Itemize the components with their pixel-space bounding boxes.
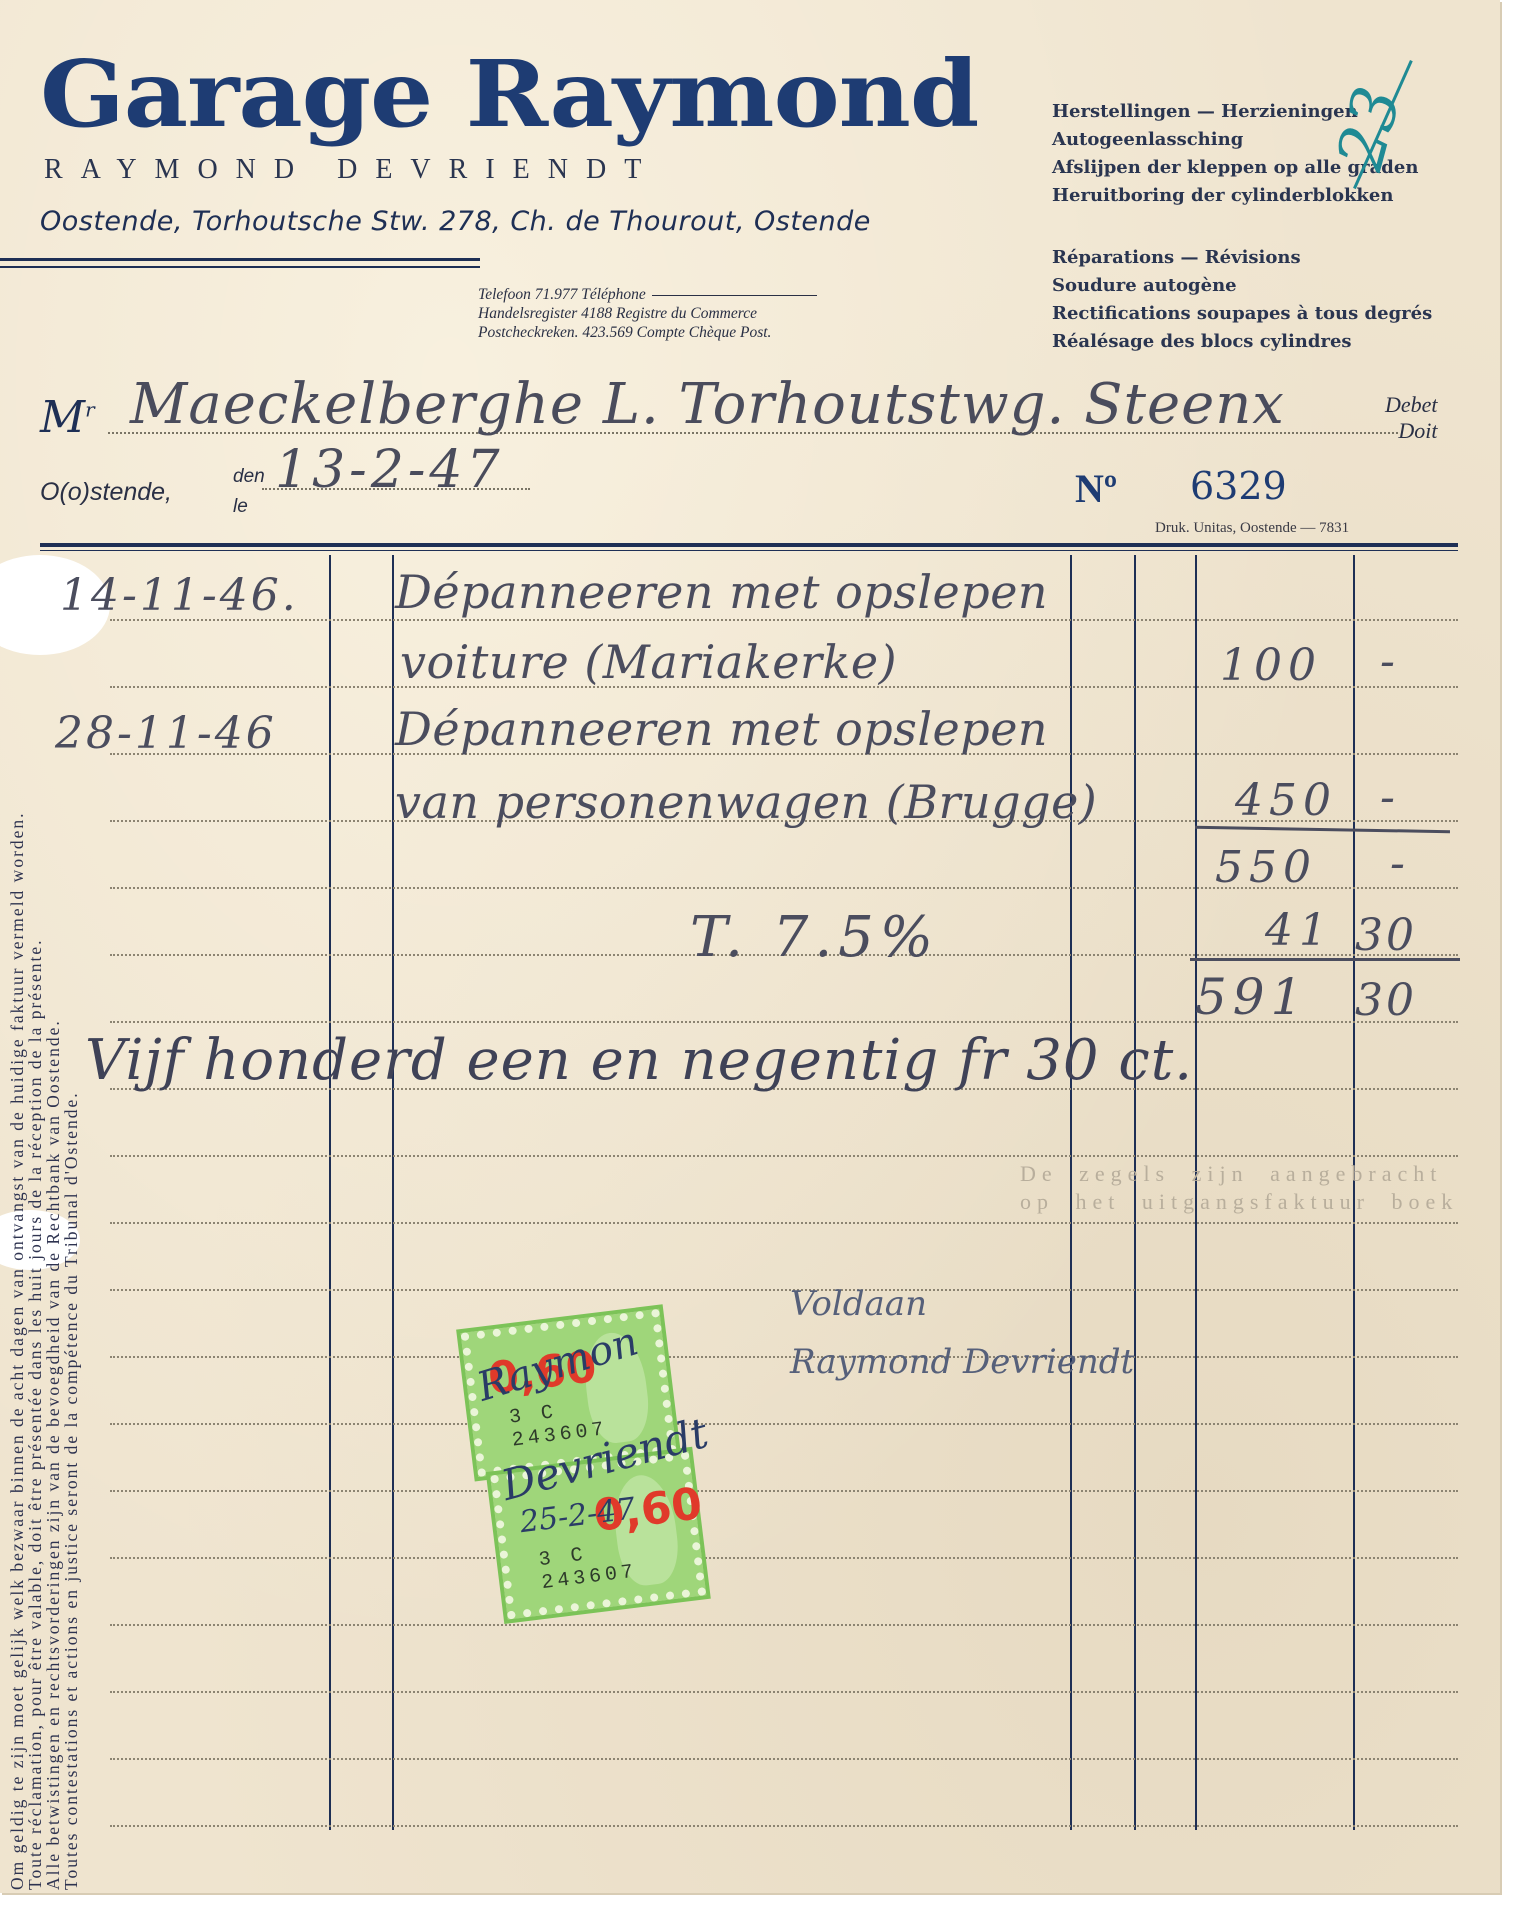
item-1-cents: - [1380,772,1398,823]
tax-amount: 41 [1265,905,1333,956]
debet-doit-label: Debet Doit [1385,392,1438,444]
invoice-number-label: Nº [1075,465,1117,512]
contact-phone: Telefoon 71.977 Téléphone [478,285,817,304]
invoice-paper: Garage Raymond RAYMOND DEVRIENDT Oostend… [0,0,1500,1893]
ruled-line [110,619,1458,621]
legal-line-0: Om geldig te zijn moet gelijk welk bezwa… [8,811,26,1890]
item-1-desc-line-1: Dépanneeren met opslepen [395,702,1048,756]
client-name: Maeckelberghe L. Torhoutstwg. Steenx [130,372,1285,437]
services-gap [1052,210,1432,244]
ruled-line [110,1222,1458,1224]
ruled-line [110,1557,1458,1559]
contact-register: Handelsregister 4188 Registre du Commerc… [478,304,817,323]
service-fr-3: Réalésage des blocs cylindres [1052,328,1432,356]
ruled-line [110,1691,1458,1693]
stamp-notice: De zegels zijn aangebracht op het uitgan… [1020,1160,1458,1216]
legal-line-2: Alle betwistingen en rechtsvorderingen z… [44,811,62,1890]
den-le-label: den le [233,462,265,522]
stamp-serial: 3 C 243607 [538,1531,696,1595]
service-nl-3: Heruitboring der cylinderblokken [1052,182,1432,210]
item-0-cents: - [1380,636,1398,687]
invoice-date: 13-2-47 [275,440,504,500]
signature: Voldaan Raymond Devriendt [790,1275,1134,1391]
tax-label: T. 7.5% [690,905,939,970]
tax-cents: 30 [1355,910,1417,961]
owner-name: RAYMOND DEVRIENDT [44,154,659,186]
invoice-number: 6329 [1190,464,1287,508]
item-0-date: 14-11-46. [60,570,299,621]
header-rule [0,258,480,268]
item-0-desc-line-1: Dépanneeren met opslepen [395,565,1048,619]
item-0-amount: 100 [1220,640,1322,691]
item-0-desc-line-2: voiture (Mariakerke) [400,635,897,689]
revenue-stamps: 0,60 3 C 243607 0,60 3 C 243607 Raymon D… [461,1305,726,1631]
contact-postcheck: Postcheckreken. 423.569 Compte Chèque Po… [478,323,817,342]
legal-line-3: Toutes contestations et actions en justi… [62,811,80,1890]
table-top-rule-thin [40,550,1458,551]
ruled-line [110,1624,1458,1626]
item-1-desc-line-2: van personenwagen (Brugge) [395,775,1097,829]
ruled-line [110,1825,1458,1827]
subtotal-rule [1195,826,1450,833]
ruled-line [110,1490,1458,1492]
printer-mark: Druk. Unitas, Oostende — 7831 [1155,520,1349,537]
ruled-line [110,1423,1458,1425]
total-amount: 591 [1195,968,1308,1026]
ruled-line [110,1356,1458,1358]
ruled-line [110,1155,1458,1157]
total-cents: 30 [1355,975,1417,1026]
column-rule [329,555,331,1830]
ruled-line [110,1289,1458,1291]
client-label: Mr [40,392,95,443]
item-1-amount: 450 [1235,775,1337,826]
ruled-line [110,1758,1458,1760]
column-rule [392,555,394,1830]
city-label: O(o)stende, [40,478,172,507]
signature-paid: Voldaan [790,1275,1134,1333]
phone-fill-line [652,295,817,296]
item-1-date: 28-11-46 [55,708,277,759]
service-fr-0: Réparations — Révisions [1052,244,1432,272]
company-brand: Garage Raymond [40,40,978,148]
legal-terms: Om geldig te zijn moet gelijk welk bezwa… [8,811,80,1890]
amount-in-words: Vijf honderd een en negentig fr 30 ct. [85,1028,1193,1093]
company-address: Oostende, Torhoutsche Stw. 278, Ch. de T… [40,206,871,237]
service-fr-2: Rectifications soupapes à tous degrés [1052,300,1432,328]
legal-line-1: Toute réclamation, pour être valable, do… [26,811,44,1890]
subtotal-cents: - [1390,838,1408,889]
subtotal-amount: 550 [1215,842,1317,893]
table-top-rule [40,543,1458,547]
total-rule [1190,958,1460,961]
contact-block: Telefoon 71.977 Téléphone Handelsregiste… [478,285,817,342]
service-fr-1: Soudure autogène [1052,272,1432,300]
signature-name: Raymond Devriendt [790,1333,1134,1391]
